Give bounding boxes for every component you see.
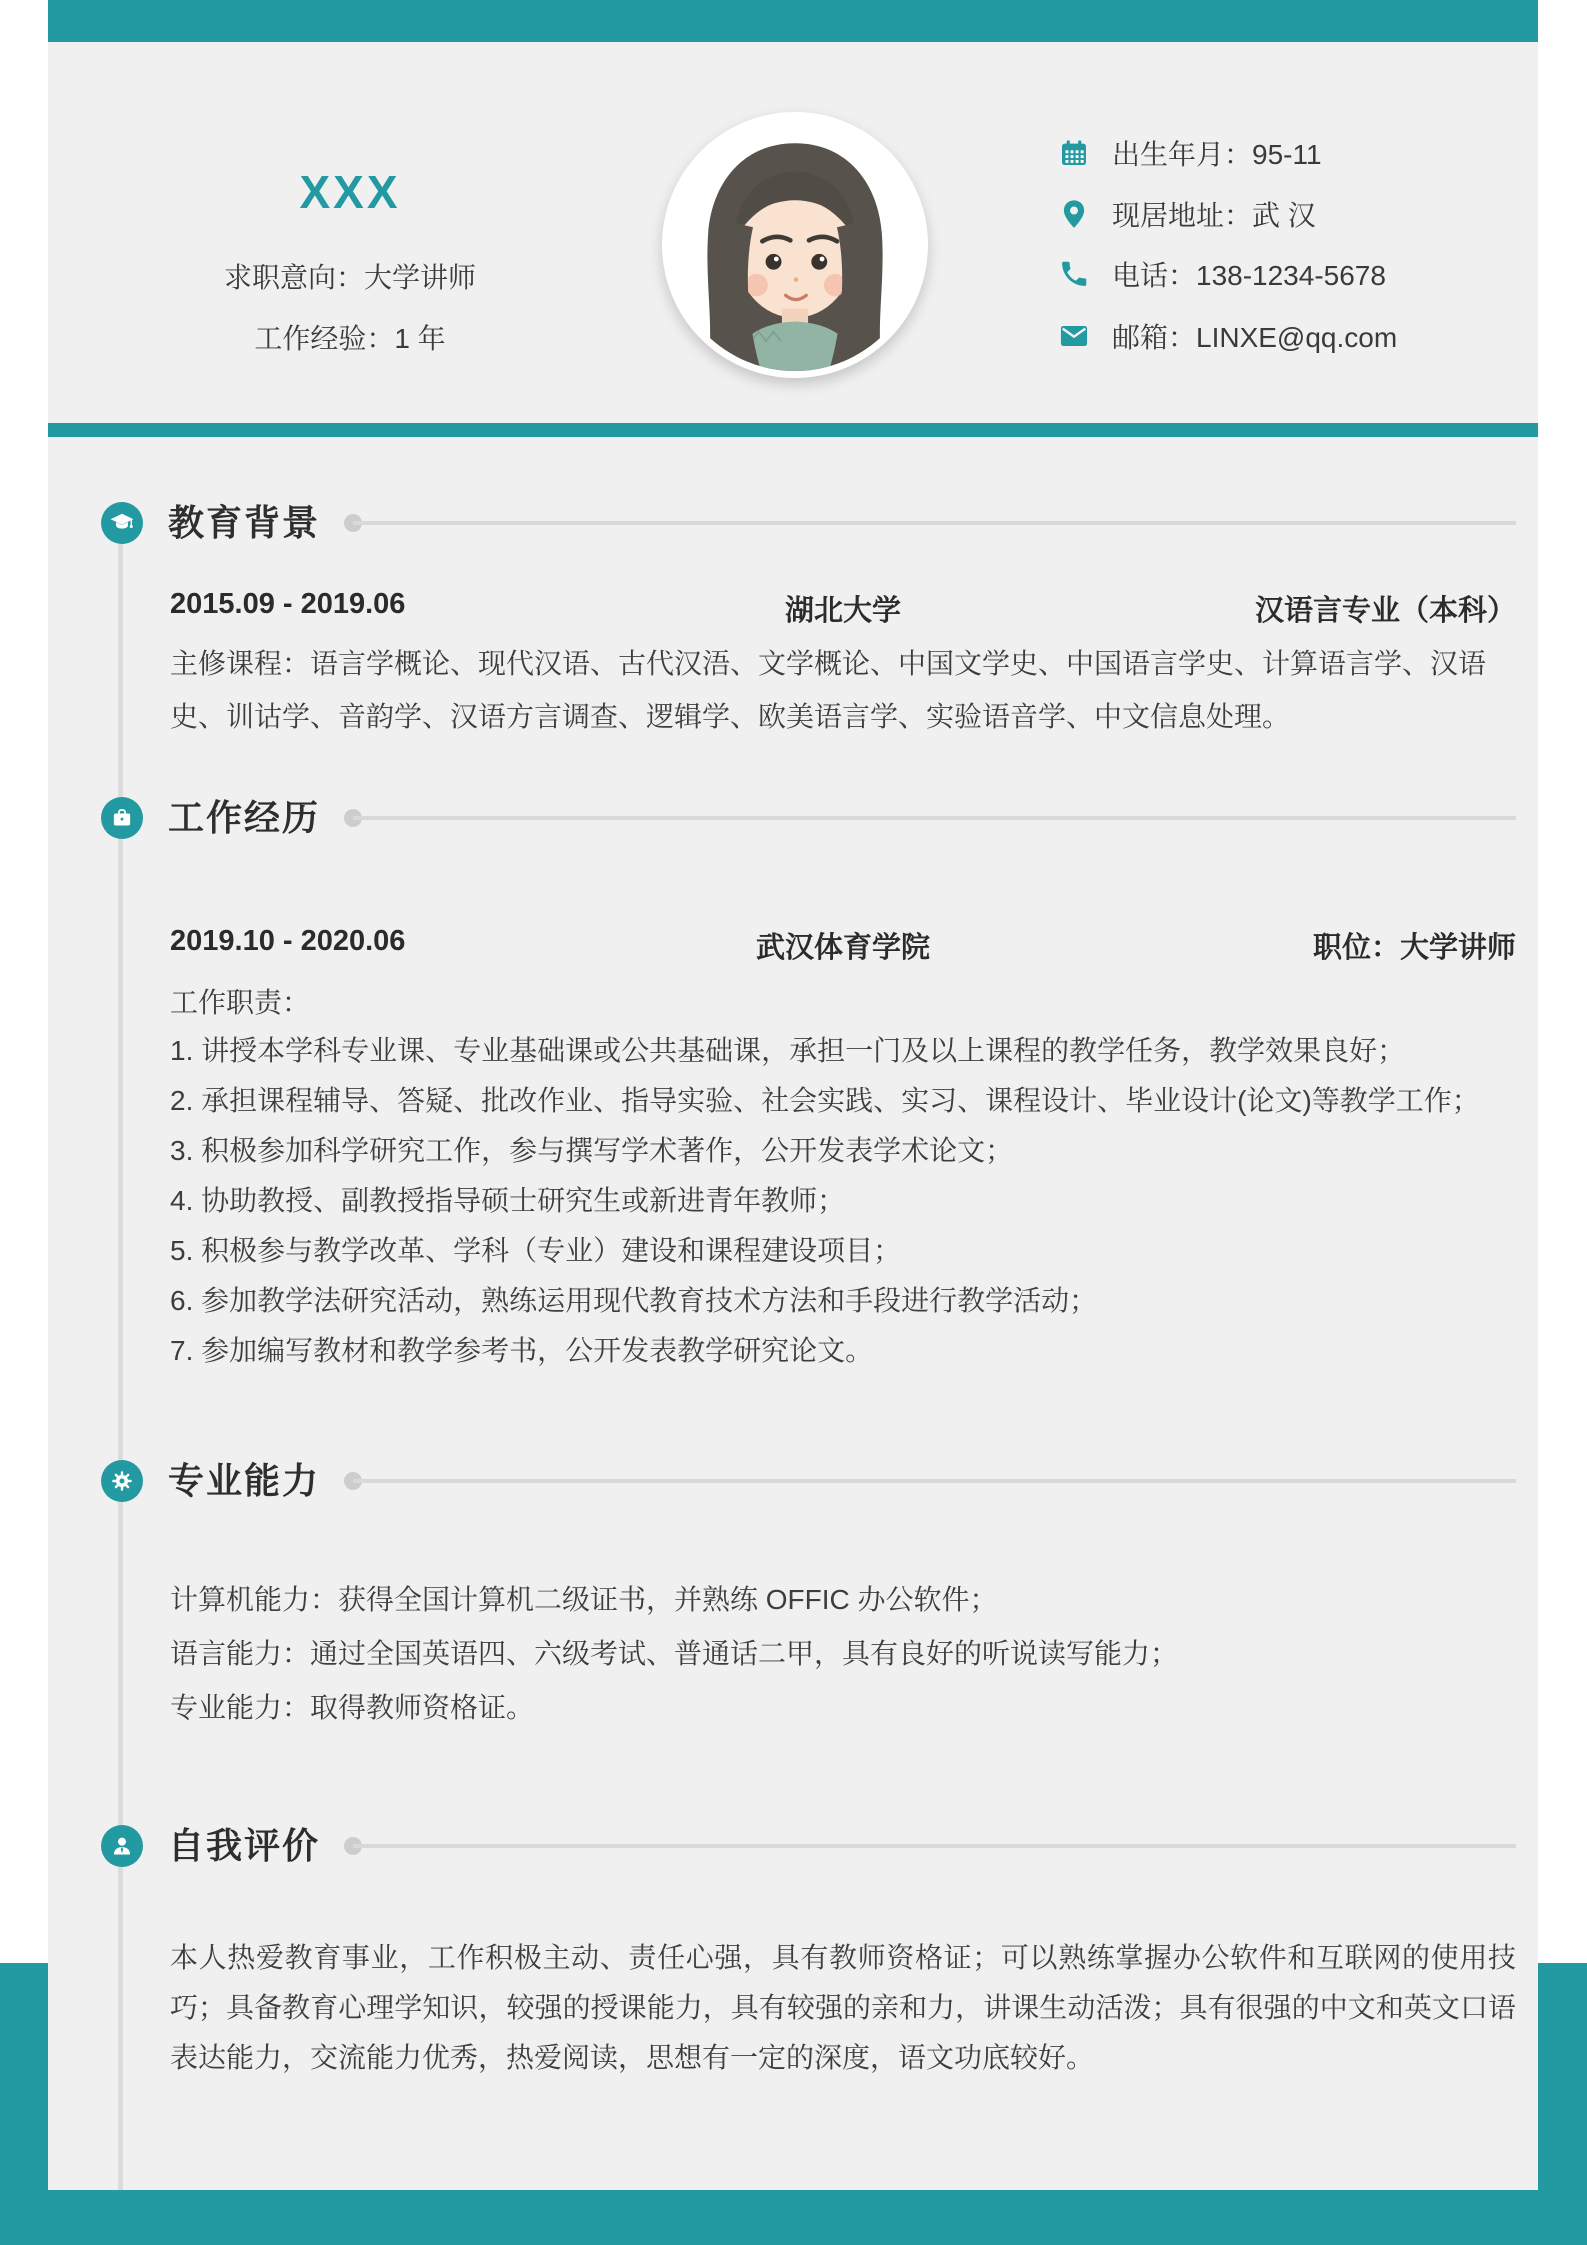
header-divider-bar bbox=[48, 423, 1538, 437]
education-major: 汉语言专业（本科） bbox=[1255, 588, 1516, 629]
rule-line bbox=[353, 1479, 1516, 1483]
work-years: 工作经验：1 年 bbox=[95, 317, 605, 357]
timeline-line bbox=[118, 544, 123, 2190]
skill-item: 专业能力：取得教师资格证。 bbox=[170, 1681, 1516, 1735]
person-icon bbox=[101, 1825, 143, 1867]
section-title-work: 工作经历 bbox=[168, 797, 320, 839]
contact-email-text: 邮箱：LINXE@qq.com bbox=[1112, 316, 1397, 356]
avatar bbox=[662, 112, 928, 378]
gear-icon bbox=[101, 1460, 143, 1502]
contact-birth-text: 出生年月：95-11 bbox=[1112, 133, 1322, 173]
skill-item: 计算机能力：获得全国计算机二级证书，并熟练 OFFIC 办公软件； bbox=[170, 1573, 1516, 1627]
section-title-self-evaluation: 自我评价 bbox=[168, 1825, 320, 1867]
work-duty-item: 3. 积极参加科学研究工作，参与撰写学术著作，公开发表学术论文； bbox=[170, 1126, 1516, 1176]
resume-page: XXX 求职意向：大学讲师 工作经验：1 年 bbox=[0, 0, 1587, 2245]
education-entry-row: 2015.09 - 2019.06 湖北大学 汉语言专业（本科） bbox=[170, 588, 1516, 624]
work-duty-item: 4. 协助教授、副教授指导硕士研究生或新进青年教师； bbox=[170, 1176, 1516, 1226]
work-duties-list: 1. 讲授本学科专业课、专业基础课或公共基础课，承担一门及以上课程的教学任务，教… bbox=[170, 1026, 1516, 1376]
work-duty-item: 7. 参加编写教材和教学参考书，公开发表教学研究论文。 bbox=[170, 1326, 1516, 1376]
education-period: 2015.09 - 2019.06 bbox=[170, 588, 405, 621]
section-title-education: 教育背景 bbox=[168, 502, 320, 544]
work-period: 2019.10 - 2020.06 bbox=[170, 925, 405, 958]
work-entry-row: 2019.10 - 2020.06 武汉体育学院 职位：大学讲师 bbox=[170, 925, 1516, 961]
top-accent-bar bbox=[48, 0, 1538, 42]
contact-birth: 出生年月：95-11 bbox=[1058, 133, 1322, 173]
section-title-skills: 专业能力 bbox=[168, 1460, 320, 1502]
work-duty-item: 1. 讲授本学科专业课、专业基础课或公共基础课，承担一门及以上课程的教学任务，教… bbox=[170, 1026, 1516, 1076]
education-school: 湖北大学 bbox=[785, 588, 901, 629]
calendar-icon bbox=[1058, 137, 1090, 169]
skill-item: 语言能力：通过全国英语四、六级考试、普通话二甲，具有良好的听说读写能力； bbox=[170, 1627, 1516, 1681]
section-skills-header: 专业能力 bbox=[0, 1460, 1587, 1502]
rule-line bbox=[353, 816, 1516, 820]
contact-email: 邮箱：LINXE@qq.com bbox=[1058, 316, 1397, 356]
work-duty-item: 5. 积极参与教学改革、学科（专业）建设和课程建设项目； bbox=[170, 1226, 1516, 1276]
education-courses: 主修课程：语言学概论、现代汉语、古代汉浯、文学概论、中国文学史、中国语言学史、计… bbox=[170, 637, 1516, 743]
graduation-cap-icon bbox=[101, 502, 143, 544]
candidate-name: XXX bbox=[195, 165, 505, 219]
skills-list: 计算机能力：获得全国计算机二级证书，并熟练 OFFIC 办公软件； 语言能力：通… bbox=[170, 1573, 1516, 1735]
phone-icon bbox=[1058, 258, 1090, 290]
location-icon bbox=[1058, 198, 1090, 230]
work-company: 武汉体育学院 bbox=[756, 925, 930, 966]
section-education-header: 教育背景 bbox=[0, 502, 1587, 544]
work-duty-item: 6. 参加教学法研究活动，熟练运用现代教育技术方法和手段进行教学活动； bbox=[170, 1276, 1516, 1326]
contact-address: 现居地址：武 汉 bbox=[1058, 194, 1316, 234]
contact-phone: 电话：138-1234-5678 bbox=[1058, 254, 1386, 294]
section-self-evaluation-header: 自我评价 bbox=[0, 1825, 1587, 1867]
briefcase-icon bbox=[101, 797, 143, 839]
rule-line bbox=[353, 1844, 1516, 1848]
work-position: 职位：大学讲师 bbox=[1313, 925, 1516, 966]
contact-phone-text: 电话：138-1234-5678 bbox=[1112, 254, 1386, 294]
work-duty-item: 2. 承担课程辅导、答疑、批改作业、指导实验、社会实践、实习、课程设计、毕业设计… bbox=[170, 1076, 1516, 1126]
job-intent: 求职意向：大学讲师 bbox=[95, 256, 605, 296]
avatar-illustration bbox=[669, 119, 921, 371]
self-evaluation-content: 本人热爱教育事业，工作积极主动、责任心强，具有教师资格证；可以熟练掌握办公软件和… bbox=[170, 1933, 1516, 2083]
work-duties-label: 工作职责： bbox=[170, 981, 1516, 1011]
rule-line bbox=[353, 521, 1516, 525]
bottom-accent-bar bbox=[0, 2190, 1587, 2245]
contact-address-text: 现居地址：武 汉 bbox=[1112, 194, 1316, 234]
section-work-header: 工作经历 bbox=[0, 797, 1587, 839]
mail-icon bbox=[1058, 320, 1090, 352]
